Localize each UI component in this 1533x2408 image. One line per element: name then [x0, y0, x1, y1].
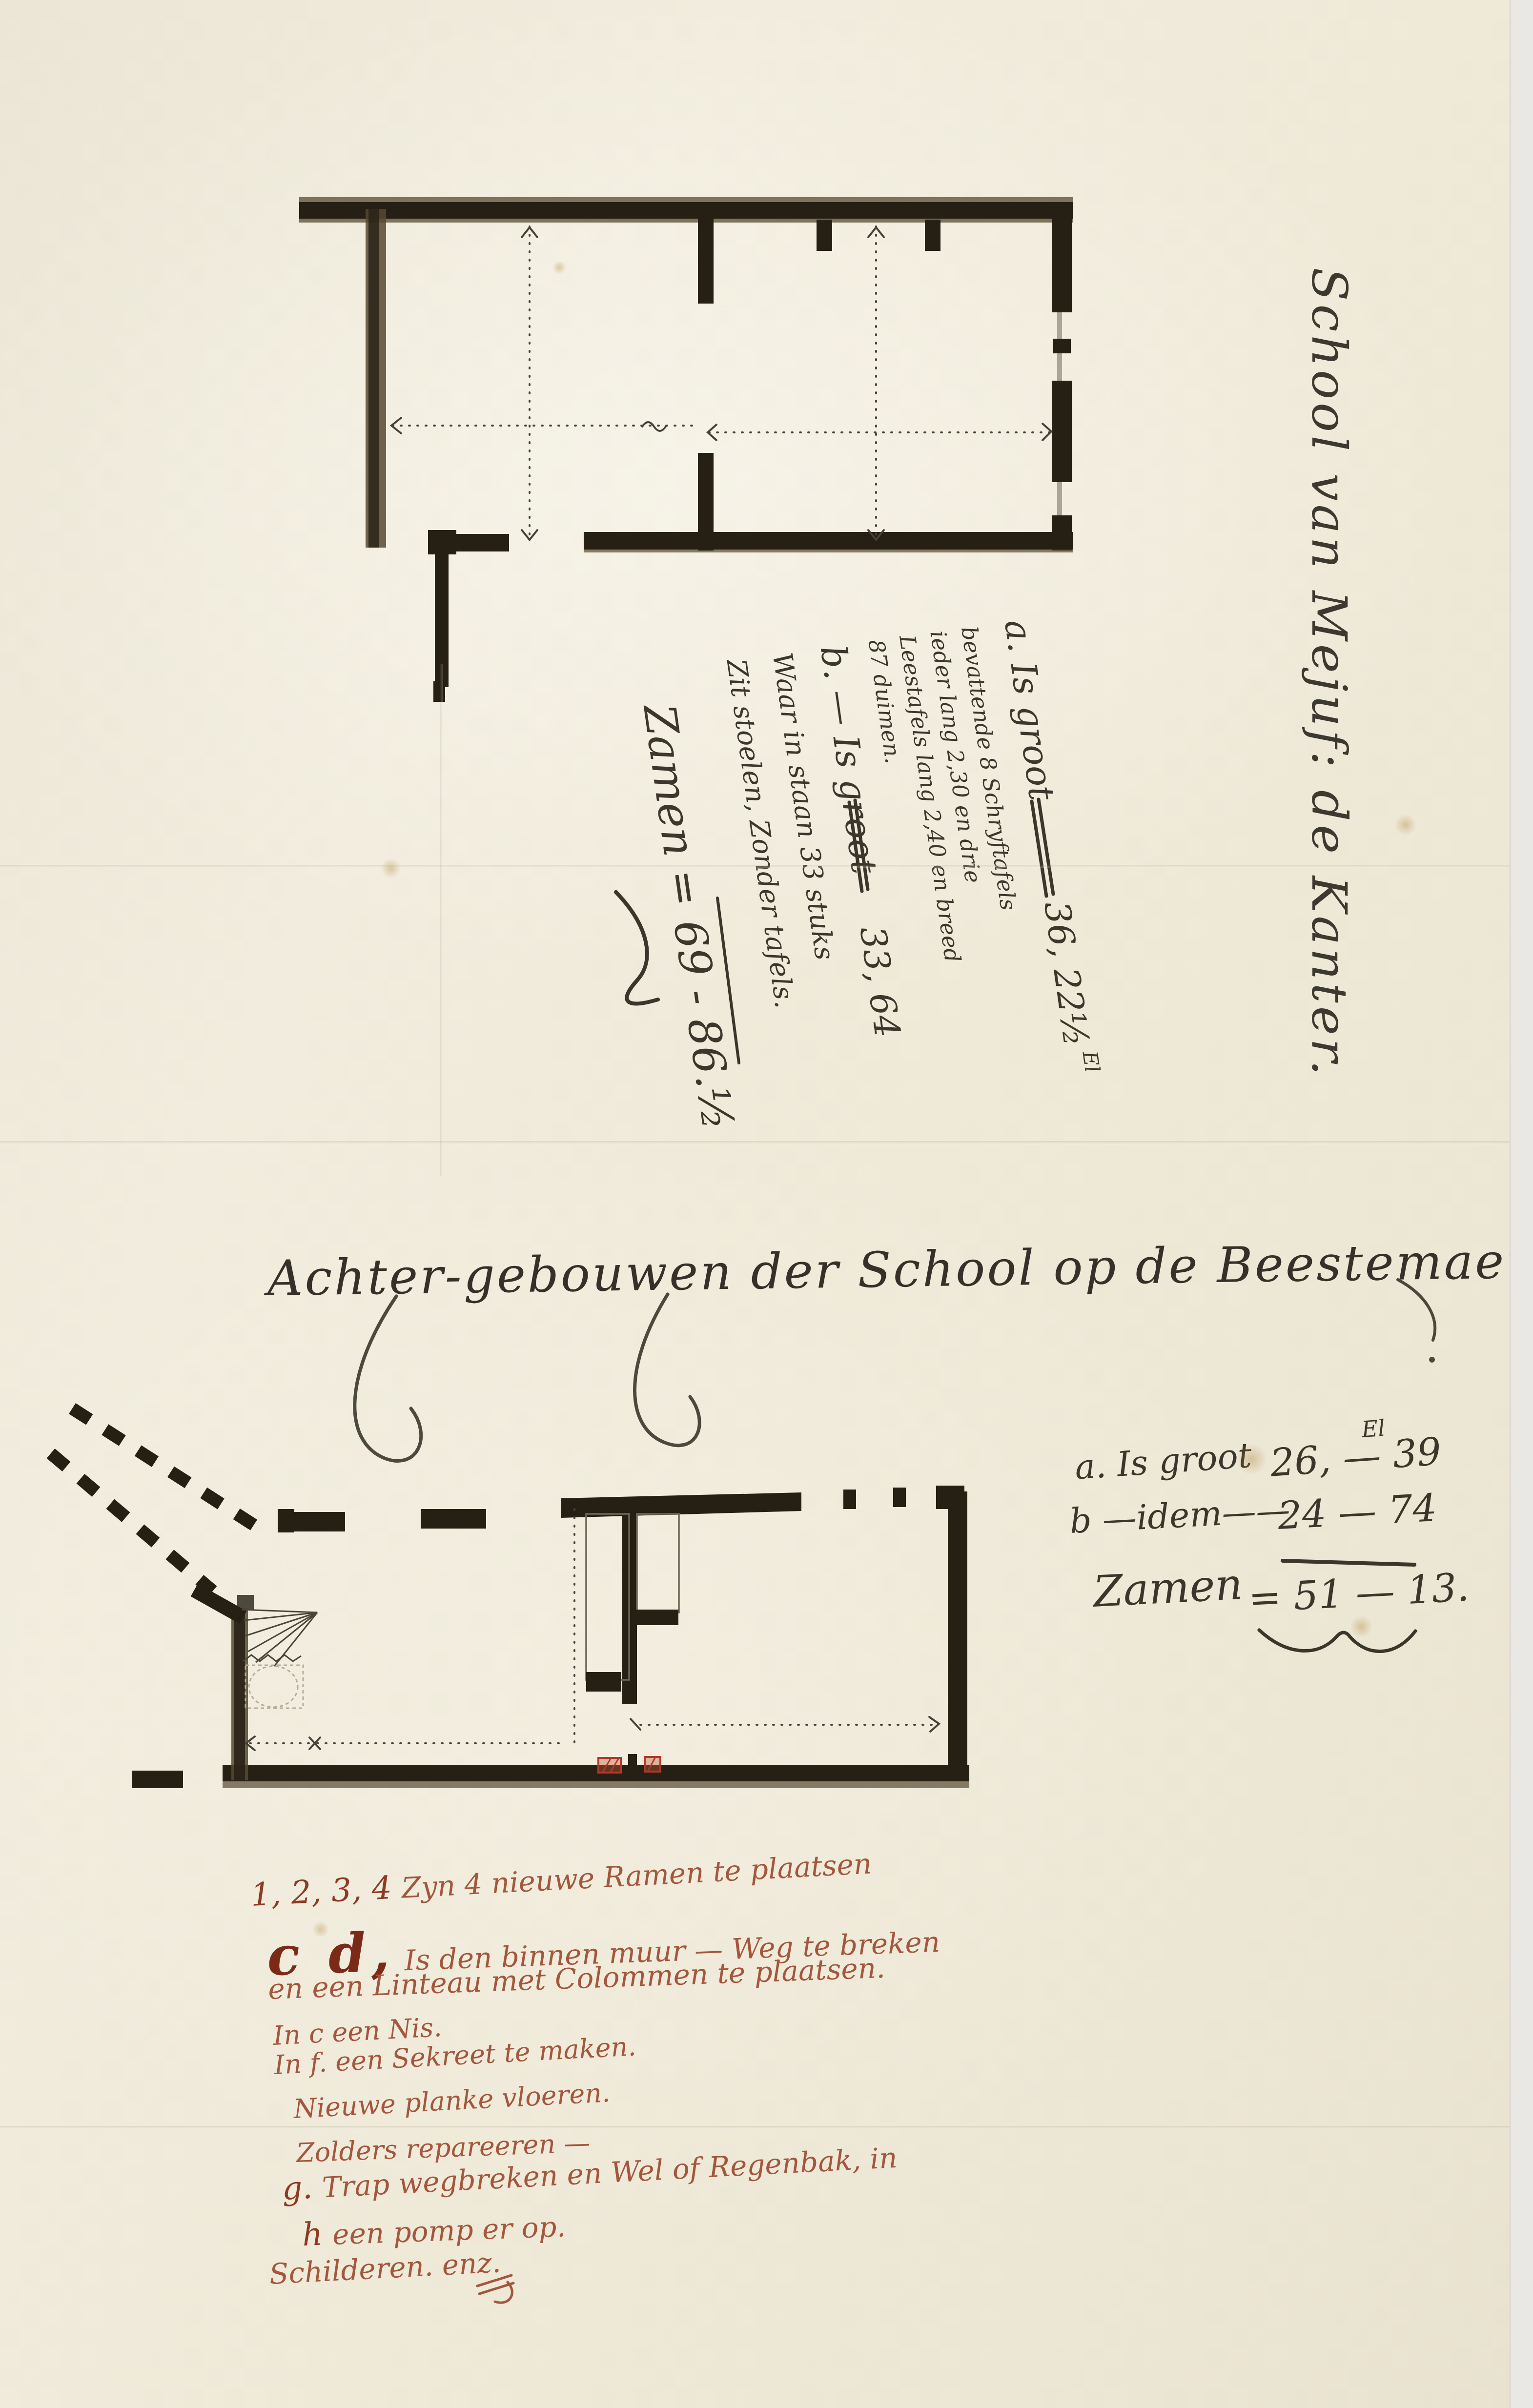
renovation-note: Nieuwe planke vloeren.: [293, 2077, 611, 2124]
scanned-document-page: School van Mejuf: de Kanter. Achter-gebo…: [0, 0, 1533, 2408]
paper-crease: [0, 865, 1533, 868]
note-text: Zyn 4 nieuwe Ramen te plaatsen: [401, 1847, 873, 1904]
note-lead: h: [302, 2216, 323, 2253]
age-spot: [312, 1921, 329, 1938]
scanner-edge-strip: [1510, 0, 1533, 2408]
paper-crease: [0, 2126, 1533, 2129]
renovation-notes: 1, 2, 3, 4Zyn 4 nieuwe Ramen te plaatsen…: [0, 0, 1533, 2408]
paper-crease: [0, 1141, 1533, 1144]
age-spot: [1395, 814, 1416, 836]
age-spot: [1236, 1444, 1267, 1475]
note-text: Nieuwe planke vloeren.: [293, 2077, 611, 2124]
renovation-note: 1, 2, 3, 4Zyn 4 nieuwe Ramen te plaatsen: [250, 1844, 873, 1914]
age-spot: [381, 858, 401, 878]
note-lead: 1, 2, 3, 4: [250, 1870, 393, 1914]
renovation-note: heen pomp er op.: [302, 2207, 566, 2253]
note-lead: g.: [281, 2169, 313, 2207]
age-spot: [1350, 1615, 1372, 1638]
age-spot: [552, 261, 566, 274]
paper-crease: [440, 664, 443, 1176]
note-text: een pomp er op.: [332, 2210, 566, 2251]
